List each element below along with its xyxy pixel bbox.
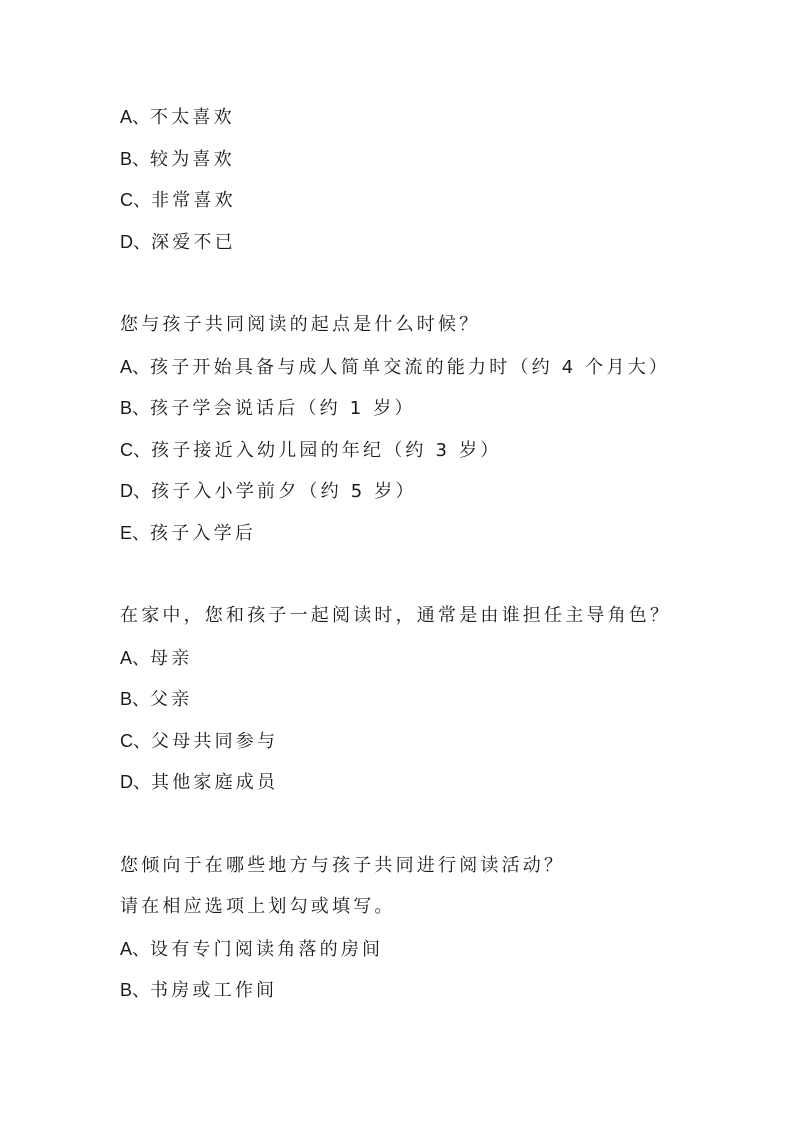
- option-label: E、: [120, 523, 150, 543]
- option-e: E、孩子入学后: [120, 521, 256, 546]
- option-d: D、深爱不已: [120, 230, 236, 255]
- option-text: 孩子学会说话后（约 1 岁）: [150, 398, 416, 419]
- option-label: C、: [120, 190, 151, 210]
- option-b: B、父亲: [120, 687, 192, 712]
- option-text: 较为喜欢: [150, 149, 235, 170]
- option-text: 父母共同参与: [151, 731, 278, 752]
- option-a: A、设有专门阅读角落的房间: [120, 937, 383, 962]
- option-b: B、书房或工作间: [120, 978, 277, 1003]
- document-page: A、不太喜欢 B、较为喜欢 C、非常喜欢 D、深爱不已 您与孩子共同阅读的起点是…: [0, 0, 793, 1122]
- option-c: C、非常喜欢: [120, 188, 236, 213]
- option-a: A、不太喜欢: [120, 105, 235, 130]
- option-label: D、: [120, 481, 151, 501]
- question-reading-location: 您倾向于在哪些地方与孩子共同进行阅读活动？: [120, 854, 565, 878]
- question-instruction: 请在相应选项上划勾或填写。: [120, 895, 396, 919]
- option-text: 其他家庭成员: [151, 772, 278, 793]
- question-reading-start: 您与孩子共同阅读的起点是什么时候？: [120, 313, 480, 337]
- option-label: B、: [120, 980, 150, 1000]
- option-text: 孩子接近入幼儿园的年纪（约 3 岁）: [151, 440, 502, 461]
- option-text: 孩子入小学前夕（约 5 岁）: [151, 481, 417, 502]
- option-text: 父亲: [150, 689, 192, 710]
- option-c: C、父母共同参与: [120, 729, 278, 754]
- option-label: D、: [120, 232, 151, 252]
- option-label: B、: [120, 689, 150, 709]
- option-label: B、: [120, 149, 150, 169]
- option-label: D、: [120, 772, 151, 792]
- option-c: C、孩子接近入幼儿园的年纪（约 3 岁）: [120, 438, 502, 463]
- option-a: A、母亲: [120, 646, 192, 671]
- option-text: 母亲: [150, 648, 192, 669]
- option-label: A、: [120, 107, 150, 127]
- option-label: C、: [120, 440, 151, 460]
- option-a: A、孩子开始具备与成人简单交流的能力时（约 4 个月大）: [120, 355, 670, 380]
- option-label: A、: [120, 939, 150, 959]
- option-text: 深爱不已: [151, 232, 236, 253]
- option-label: A、: [120, 357, 150, 377]
- option-label: B、: [120, 398, 150, 418]
- option-text: 设有专门阅读角落的房间: [150, 939, 383, 960]
- option-text: 非常喜欢: [151, 190, 236, 211]
- option-d: D、孩子入小学前夕（约 5 岁）: [120, 479, 417, 504]
- question-leading-role: 在家中，您和孩子一起阅读时，通常是由谁担任主导角色？: [120, 604, 671, 628]
- option-b: B、孩子学会说话后（约 1 岁）: [120, 396, 416, 421]
- option-text: 孩子开始具备与成人简单交流的能力时（约 4 个月大）: [150, 357, 670, 378]
- option-label: A、: [120, 648, 150, 668]
- option-d: D、其他家庭成员: [120, 770, 278, 795]
- option-text: 不太喜欢: [150, 107, 235, 128]
- option-text: 孩子入学后: [150, 523, 256, 544]
- option-label: C、: [120, 731, 151, 751]
- option-b: B、较为喜欢: [120, 147, 235, 172]
- option-text: 书房或工作间: [150, 980, 277, 1001]
